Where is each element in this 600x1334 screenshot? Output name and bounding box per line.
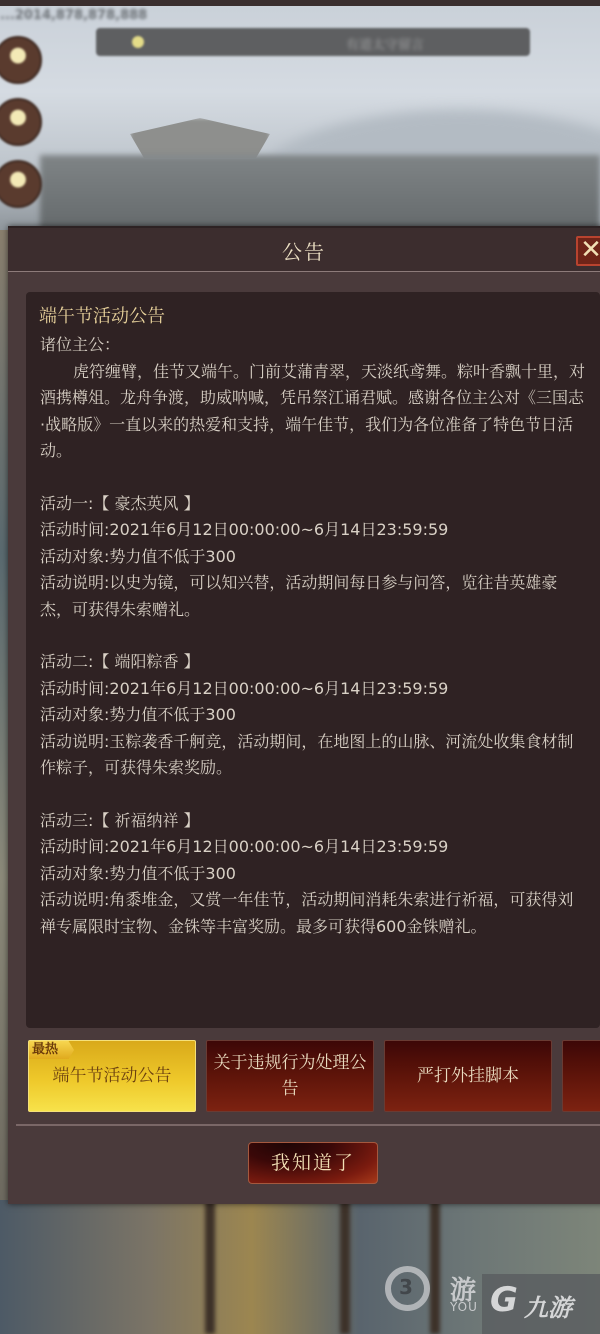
event-target: 活动对象:势力值不低于300: [40, 861, 586, 888]
event-target: 活动对象:势力值不低于300: [40, 544, 586, 571]
9you-logo-icon: G: [490, 1280, 518, 1320]
tab-label: 严打外挂脚本: [417, 1063, 519, 1089]
speaker-icon: [132, 36, 144, 48]
divider: [16, 1124, 600, 1126]
dialog-title: 公告: [8, 236, 600, 265]
event-time: 活动时间:2021年6月12日00:00:00~6月14日23:59:59: [40, 834, 586, 861]
3dm-logo-number: 3: [399, 1275, 413, 1299]
event-name: 活动二:【 端阳粽香 】: [40, 649, 586, 676]
announcement-title: 端午节活动公告: [39, 302, 586, 332]
background-town: [40, 155, 600, 230]
tab-dragon-boat-festival[interactable]: 最热 端午节活动公告: [28, 1040, 196, 1112]
close-icon: ✕: [580, 235, 600, 265]
tab-label: 端午节活动公告: [53, 1063, 172, 1089]
notice-bar-text: 有道太守留言: [346, 34, 424, 53]
background-pole: [340, 1200, 350, 1334]
tab-label: 关于违规行为处理公告: [213, 1050, 367, 1102]
tab-anti-cheat[interactable]: 严打外挂脚本: [384, 1040, 552, 1112]
background-pole: [205, 1200, 215, 1334]
watermark-9you: G 九游: [482, 1274, 600, 1334]
intro-paragraph: 虎符缠臂，佳节又端午。门前艾蒲青翠，天淡纸鸢舞。粽叶香飘十里，对酒携樽俎。龙舟争…: [40, 359, 586, 465]
greeting: 诸位主公：: [40, 332, 586, 359]
event-name: 活动一:【 豪杰英风 】: [40, 491, 586, 518]
event-description: 活动说明:角黍堆金，又赏一年佳节，活动期间消耗朱索进行祈福，可获得刘禅专属限时宝…: [40, 887, 586, 940]
9you-text: 九游: [524, 1288, 572, 1323]
watermark-you: 游 YOU: [450, 1270, 476, 1307]
event-time: 活动时间:2021年6月12日00:00:00~6月14日23:59:59: [40, 517, 586, 544]
announcement-content[interactable]: 端午节活动公告 诸位主公： 虎符缠臂，佳节又端午。门前艾蒲青翠，天淡纸鸢舞。粽叶…: [26, 292, 600, 1028]
tab-more[interactable]: [562, 1040, 600, 1112]
scrolling-notice-bar[interactable]: 有道太守留言: [96, 28, 530, 56]
close-button[interactable]: ✕: [576, 236, 600, 266]
announcement-dialog: 公告 ✕ 端午节活动公告 诸位主公： 虎符缠臂，佳节又端午。门前艾蒲青翠，天淡纸…: [8, 226, 600, 1204]
watermark-you-en: YOU: [450, 1300, 478, 1314]
dialog-header: 公告: [8, 228, 600, 272]
hot-badge: 最热: [29, 1041, 74, 1059]
tab-violation-handling[interactable]: 关于违规行为处理公告: [206, 1040, 374, 1112]
game-background-top: ...2014,878,878,888 有道太守留言: [0, 0, 600, 230]
map-coordinates: ...2014,878,878,888: [0, 8, 200, 26]
got-it-button[interactable]: 我知道了: [248, 1142, 378, 1184]
background-palace: [130, 118, 270, 158]
background-pole: [430, 1200, 440, 1334]
event-description: 活动说明:以史为镜，可以知兴替，活动期间每日参与问答，览往昔英雄豪杰，可获得朱索…: [40, 570, 586, 623]
event-block-1: 活动一:【 豪杰英风 】 活动时间:2021年6月12日00:00:00~6月1…: [40, 491, 586, 624]
3dm-logo-icon: 3: [385, 1266, 430, 1311]
event-description: 活动说明:玉粽袭香千舸竞，活动期间，在地图上的山脉、河流处收集食材制作粽子，可获…: [40, 729, 586, 782]
event-time: 活动时间:2021年6月12日00:00:00~6月14日23:59:59: [40, 676, 586, 703]
event-block-3: 活动三:【 祈福纳祥 】 活动时间:2021年6月12日00:00:00~6月1…: [40, 808, 586, 941]
top-edge: [0, 0, 600, 6]
event-name: 活动三:【 祈福纳祥 】: [40, 808, 586, 835]
announcement-tabs: 最热 端午节活动公告 关于违规行为处理公告 严打外挂脚本: [26, 1038, 600, 1114]
event-block-2: 活动二:【 端阳粽香 】 活动时间:2021年6月12日00:00:00~6月1…: [40, 649, 586, 782]
event-target: 活动对象:势力值不低于300: [40, 702, 586, 729]
